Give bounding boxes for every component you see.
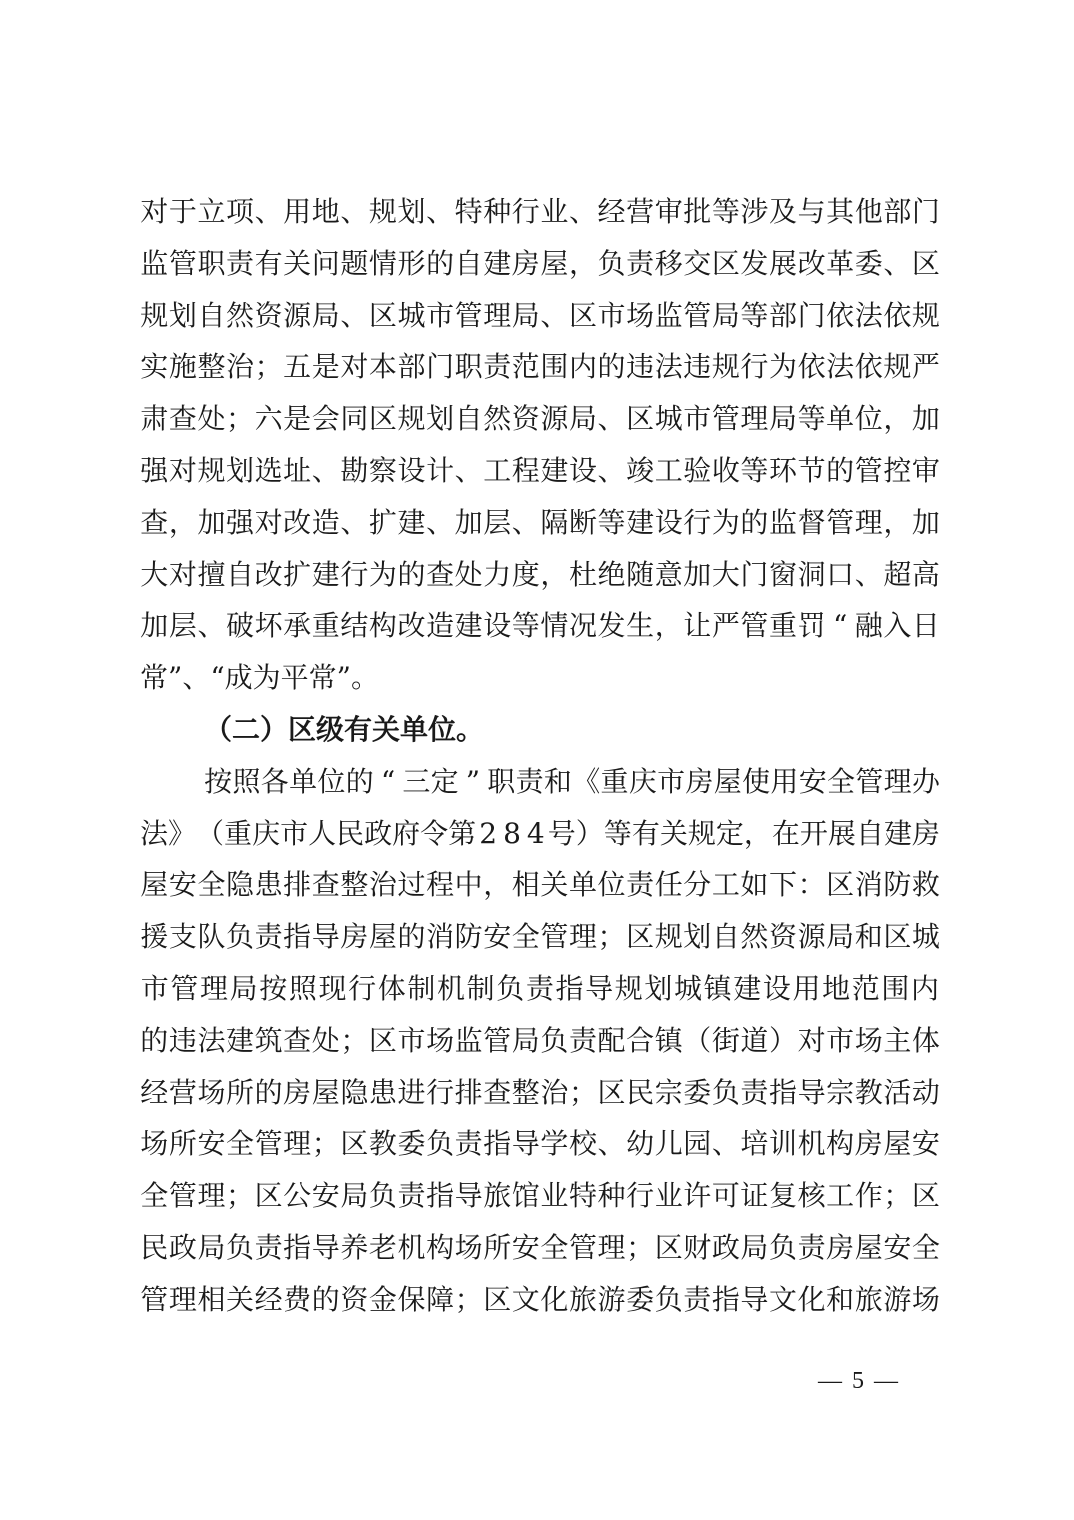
text-line: 全管理；区公安局负责指导旅馆业特种行业许可证复核工作；区 [140, 1170, 940, 1222]
text-line: 场所安全管理；区教委负责指导学校、幼儿园、培训机构房屋安 [140, 1118, 940, 1170]
text-line: 法》（重庆市人民政府令第284号）等有关规定，在开展自建房 [140, 808, 940, 860]
text-line: 援支队负责指导房屋的消防安全管理；区规划自然资源局和区城 [140, 911, 940, 963]
text-line: 实施整治；五是对本部门职责范围内的违法违规行为依法依规严 [140, 341, 940, 393]
text-line: 监管职责有关问题情形的自建房屋，负责移交区发展改革委、区 [140, 238, 940, 290]
text-line: 加层、破坏承重结构改造建设等情况发生，让严管重罚“融入日 [140, 600, 940, 652]
section-heading: （二）区级有关单位。 [140, 704, 940, 756]
text-line: 市管理局按照现行体制机制负责指导规划城镇建设用地范围内 [140, 963, 940, 1015]
text-line: 屋安全隐患排查整治过程中，相关单位责任分工如下：区消防救 [140, 859, 940, 911]
document-body: 对于立项、用地、规划、特种行业、经营审批等涉及与其他部门 监管职责有关问题情形的… [140, 186, 940, 1326]
text-line: 经营场所的房屋隐患进行排查整治；区民宗委负责指导宗教活动 [140, 1067, 940, 1119]
text-line: 肃查处；六是会同区规划自然资源局、区城市管理局等单位，加 [140, 393, 940, 445]
text-line: 的违法建筑查处；区市场监管局负责配合镇（街道）对市场主体 [140, 1015, 940, 1067]
page-number: — 5 — [818, 1368, 900, 1395]
text-line: 管理相关经费的资金保障；区文化旅游委负责指导文化和旅游场 [140, 1274, 940, 1326]
text-line: 民政局负责指导养老机构场所安全管理；区财政局负责房屋安全 [140, 1222, 940, 1274]
text-line-last: 常”、“成为平常”。 [140, 652, 940, 704]
text-line: 强对规划选址、勘察设计、工程建设、竣工验收等环节的管控审 [140, 445, 940, 497]
text-line: 对于立项、用地、规划、特种行业、经营审批等涉及与其他部门 [140, 186, 940, 238]
document-page: 对于立项、用地、规划、特种行业、经营审批等涉及与其他部门 监管职责有关问题情形的… [0, 0, 1074, 1520]
text-line: 大对擅自改扩建行为的查处力度，杜绝随意加大门窗洞口、超高 [140, 549, 940, 601]
text-line: 规划自然资源局、区城市管理局、区市场监管局等部门依法依规 [140, 290, 940, 342]
text-line: 查，加强对改造、扩建、加层、隔断等建设行为的监督管理，加 [140, 497, 940, 549]
text-line-first-indented: 按照各单位的“三定”职责和《重庆市房屋使用安全管理办 [140, 756, 940, 808]
